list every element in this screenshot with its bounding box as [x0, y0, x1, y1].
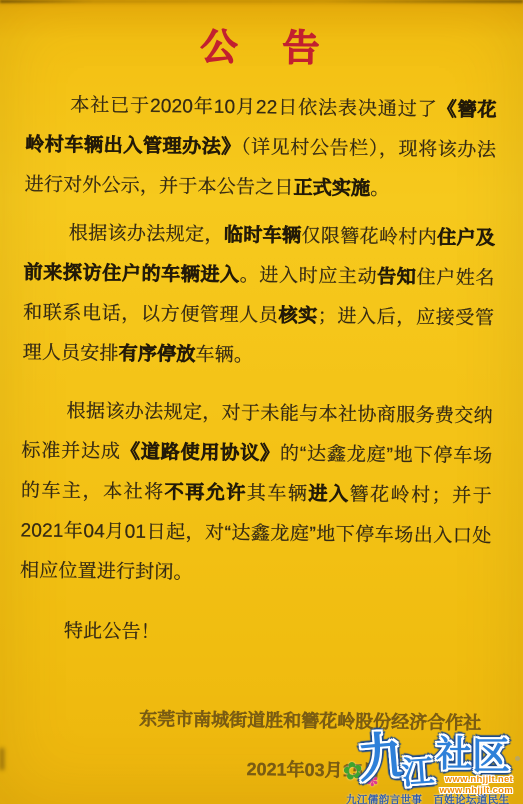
notice-paragraph: 根据该办法规定，临时车辆仅限簪花岭村内住户及前来探访住户的车辆进入。进入时应主动… — [22, 213, 495, 379]
paragraph-segment: 车辆。 — [195, 345, 253, 367]
paragraph-segment-bold: 告知 — [377, 267, 417, 288]
notice-paragraph: 根据该办法规定，对于未能与本社协商服务费交纳标准并达成《道路使用协议》的“达鑫龙… — [20, 391, 493, 597]
notice-body: 公 告 本社已于2020年10月22日依法表决通过了《簪花岭村车辆出入管理办法》… — [17, 0, 498, 786]
paragraph-segment: 其车辆 — [247, 483, 309, 505]
watermark-tagline: 九江儒韵言世事 百姓论坛道民生 — [346, 792, 510, 804]
paragraph-segment-bold: 正式实施 — [293, 178, 370, 200]
paragraph-segment: 本社已于2020年10月22日依法表决通过了 — [70, 95, 438, 120]
watermark-url-net: www.nhjjlt.net — [445, 774, 513, 785]
paragraph-segment: 。进入时应主动 — [240, 265, 378, 288]
watermark-dot-artifact — [515, 756, 520, 761]
forum-watermark: ✿ ✽ 九 江 社 区 www.nhjjlt.net www.nhjjlt.co… — [340, 712, 523, 804]
paragraph-segment-bold: 《道路使用协议》 — [121, 442, 280, 465]
watermark-char-she: 社 — [436, 736, 472, 772]
notice-photo: 公 告 本社已于2020年10月22日依法表决通过了《簪花岭村车辆出入管理办法》… — [0, 0, 523, 804]
photo-left-edge-artifact — [0, 748, 4, 770]
closing-text: 特此公告！ — [19, 611, 490, 657]
watermark-char-qu: 区 — [472, 738, 510, 776]
paragraph-segment-bold: 核实 — [278, 306, 318, 327]
paragraph-segment-bold: 进入 — [308, 484, 349, 506]
notice-paragraphs: 本社已于2020年10月22日依法表决通过了《簪花岭村车辆出入管理办法》（详见村… — [20, 85, 497, 597]
paragraph-segment-bold: 临时车辆 — [224, 225, 302, 247]
paragraph-segment-bold: 不再允许 — [165, 482, 247, 504]
paragraph-segment-bold: 有序停放 — [119, 344, 196, 366]
watermark-char-jiang: 江 — [401, 755, 435, 789]
notice-paragraph: 本社已于2020年10月22日依法表决通过了《簪花岭村车辆出入管理办法》（详见村… — [24, 85, 496, 211]
paragraph-segment: 仅限簪花岭村内 — [301, 226, 437, 249]
page-title: 公 告 — [26, 21, 498, 75]
paragraph-segment: 。 — [370, 179, 389, 200]
paragraph-segment: 根据该办法规定， — [69, 223, 224, 246]
